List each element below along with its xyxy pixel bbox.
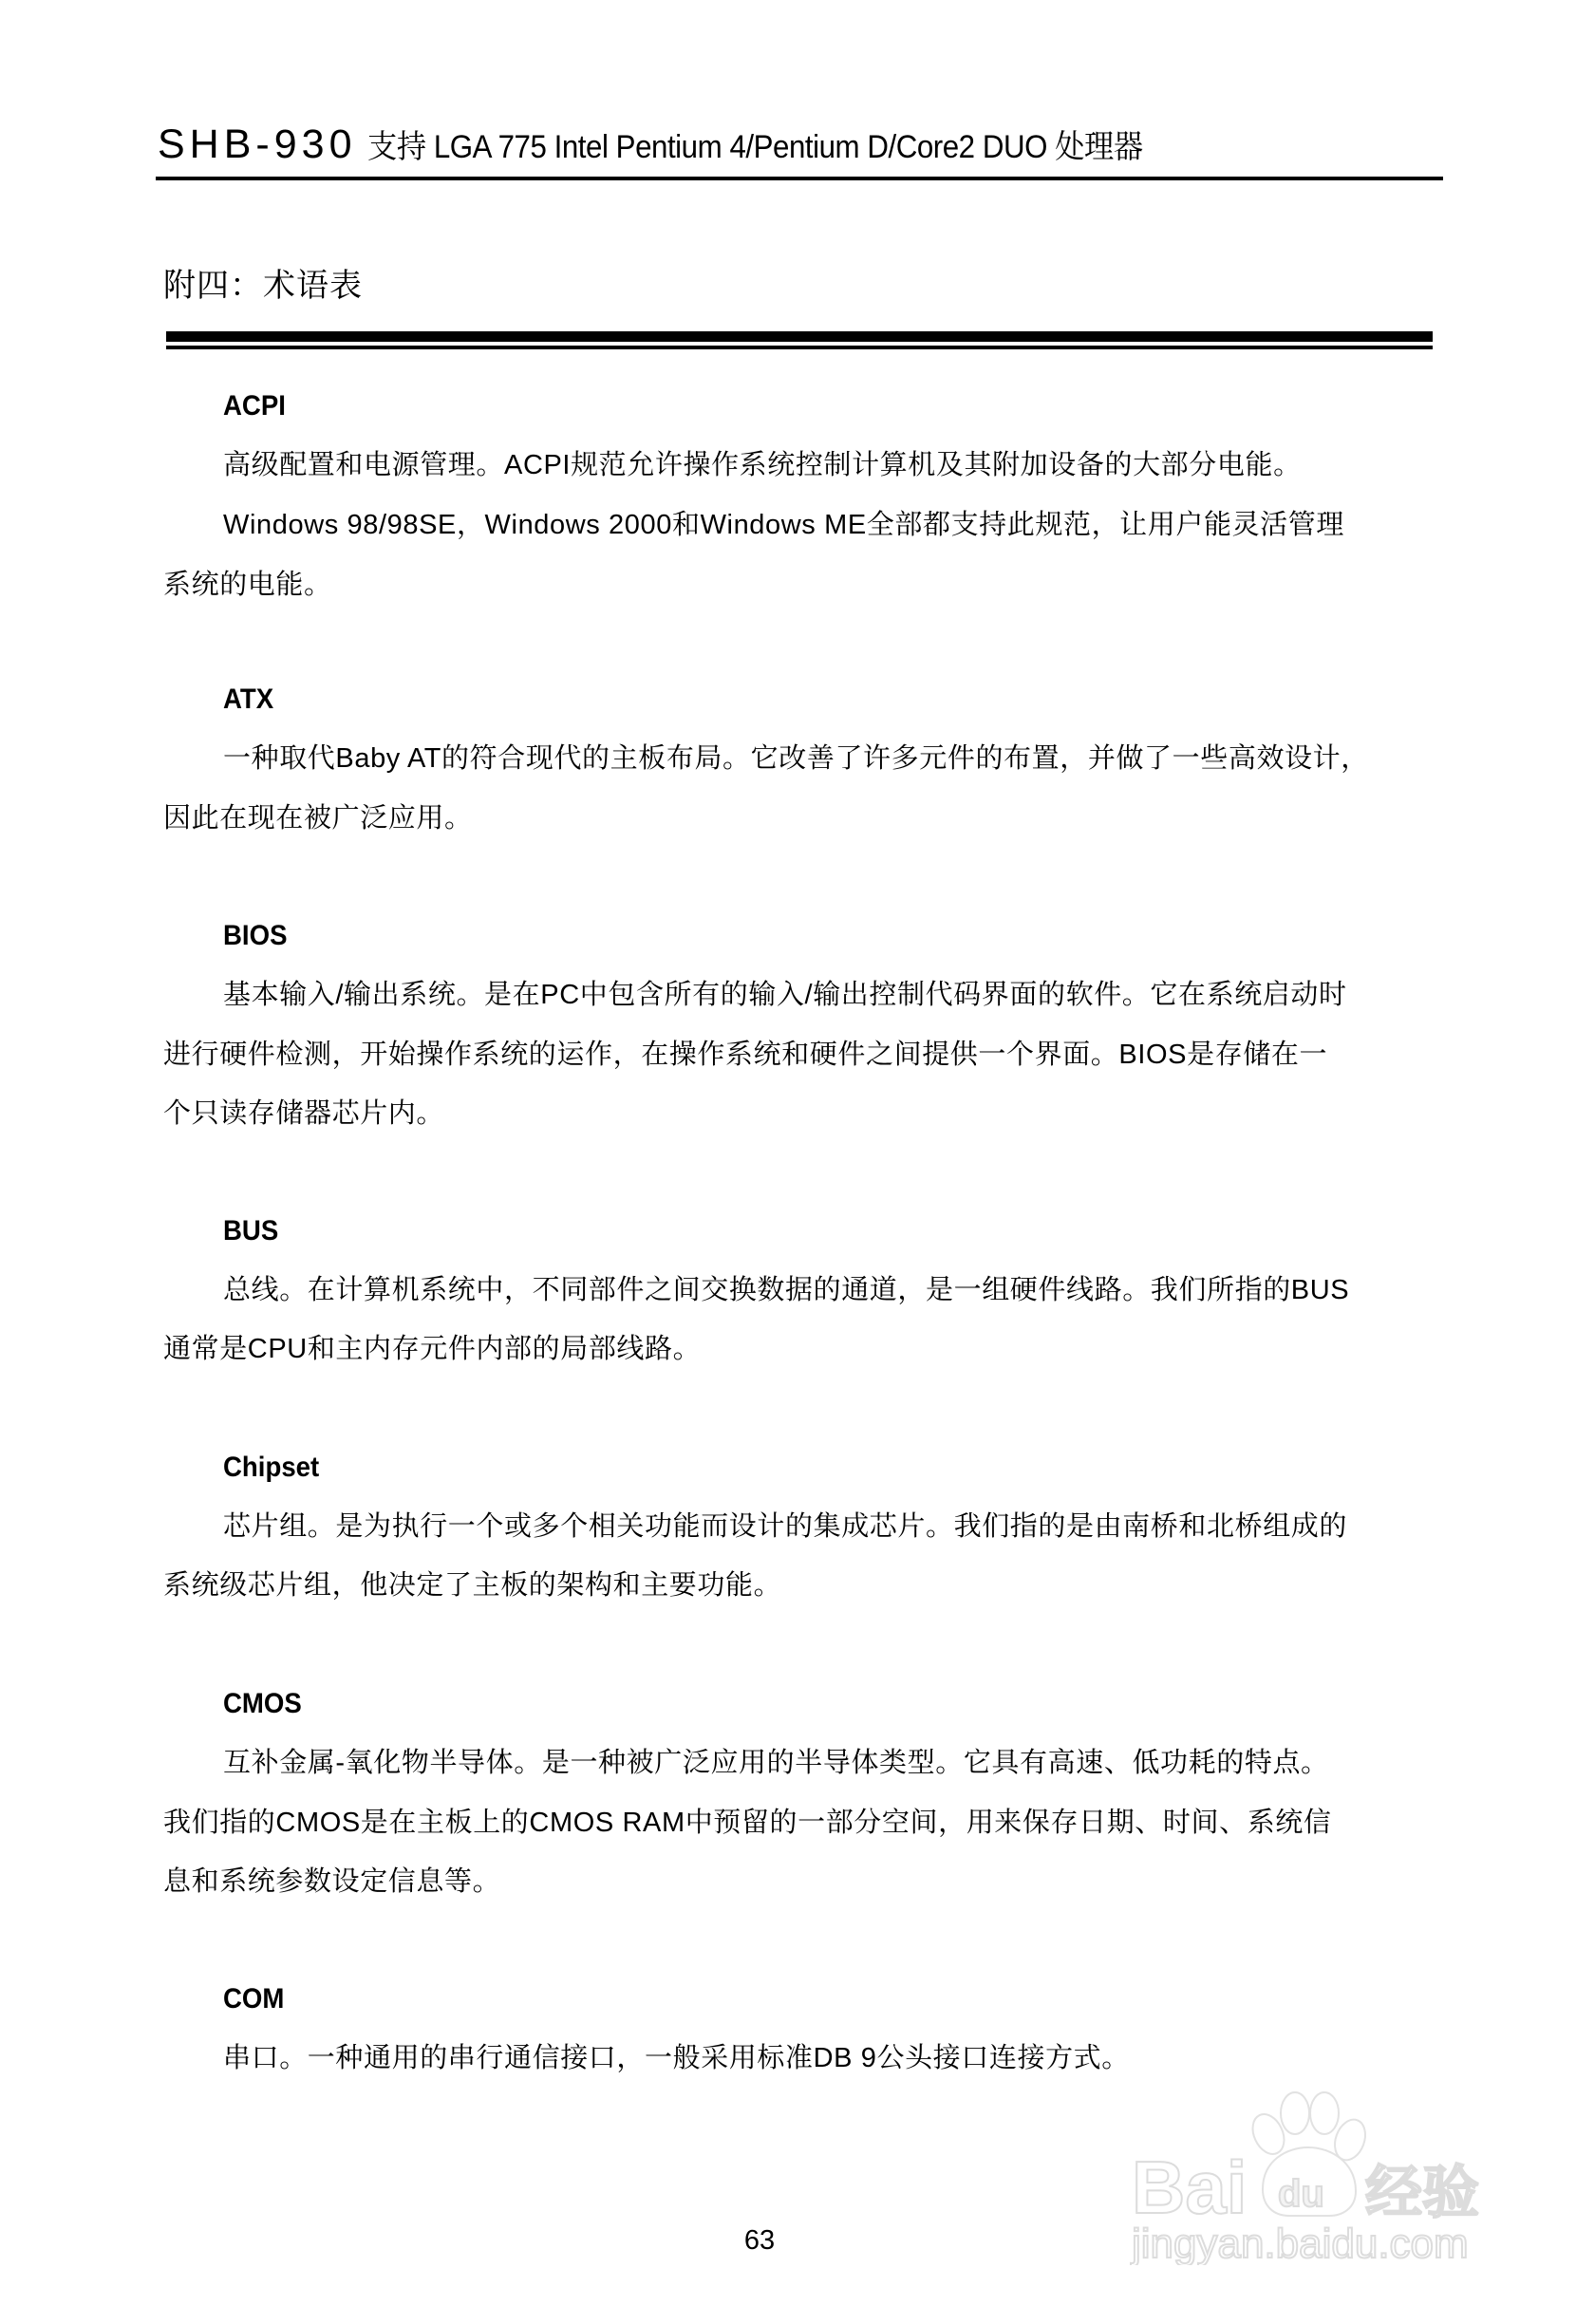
glossary-term-acpi: ACPI <box>223 387 286 425</box>
glossary-term-cmos: CMOS <box>223 1685 302 1723</box>
glossary-line: 个只读存储器芯片内。 <box>163 1095 444 1133</box>
glossary-line: 基本输入/输出系统。是在PC中包含所有的输入/输出控制代码界面的软件。它在系统启… <box>223 976 1347 1014</box>
baidu-paw-logo-icon: Bai du 经验 jingyan.baidu.com <box>1130 2085 1500 2265</box>
glossary-line: 互补金属-氧化物半导体。是一种被广泛应用的半导体类型。它具有高速、低功耗的特点。 <box>223 1744 1329 1782</box>
glossary-line: 高级配置和电源管理。ACPI规范允许操作系统控制计算机及其附加设备的大部分电能。 <box>223 446 1302 484</box>
glossary-line: 一种取代Baby AT的符合现代的主板布局。它改善了许多元件的布置，并做了一些高… <box>223 740 1369 778</box>
glossary-line: 串口。一种通用的串行通信接口，一般采用标准DB 9公头接口连接方式。 <box>223 2039 1130 2077</box>
glossary-term-atx: ATX <box>223 681 273 719</box>
svg-text:jingyan.baidu.com: jingyan.baidu.com <box>1130 2221 1469 2265</box>
glossary-line: 系统级芯片组，他决定了主板的架构和主要功能。 <box>163 1566 781 1604</box>
glossary-line: 通常是CPU和主内存元件内部的局部线路。 <box>163 1330 701 1368</box>
svg-text:Bai: Bai <box>1132 2146 1247 2229</box>
svg-text:du: du <box>1278 2173 1324 2215</box>
glossary-line: 我们指的CMOS是在主板上的CMOS RAM中预留的一部分空间，用来保存日期、时… <box>163 1804 1332 1842</box>
glossary-line: 总线。在计算机系统中，不同部件之间交换数据的通道，是一组硬件线路。我们所指的BU… <box>223 1271 1349 1309</box>
svg-text:经验: 经验 <box>1365 2161 1479 2224</box>
glossary-line: 因此在现在被广泛应用。 <box>163 799 473 837</box>
header-rule <box>156 177 1443 180</box>
glossary-term-com: COM <box>223 1980 284 2018</box>
glossary-term-chipset: Chipset <box>223 1449 319 1487</box>
glossary-line: 息和系统参数设定信息等。 <box>163 1863 500 1901</box>
glossary-line: 芯片组。是为执行一个或多个相关功能而设计的集成芯片。我们指的是由南桥和北桥组成的 <box>223 1508 1347 1546</box>
page-number: 63 <box>722 2221 797 2259</box>
glossary-line: Windows 98/98SE，Windows 2000和Windows ME全… <box>223 506 1344 544</box>
glossary-term-bus: BUS <box>223 1212 278 1250</box>
header-description: 支持 LGA 775 Intel Pentium 4/Pentium D/Cor… <box>367 122 1143 172</box>
glossary-line: 系统的电能。 <box>163 566 332 604</box>
section-rule-thin <box>166 346 1433 349</box>
running-header: SHB-930支持 LGA 775 Intel Pentium 4/Pentiu… <box>158 120 1210 169</box>
section-rule-thick <box>166 331 1433 342</box>
header-model: SHB-930 <box>158 122 356 167</box>
section-title: 附四：术语表 <box>163 266 363 308</box>
baidu-jingyan-watermark: Bai du 经验 jingyan.baidu.com <box>1130 2085 1500 2265</box>
glossary-line: 进行硬件检测，开始操作系统的运作，在操作系统和硬件之间提供一个界面。BIOS是存… <box>163 1036 1327 1074</box>
glossary-term-bios: BIOS <box>223 917 287 955</box>
